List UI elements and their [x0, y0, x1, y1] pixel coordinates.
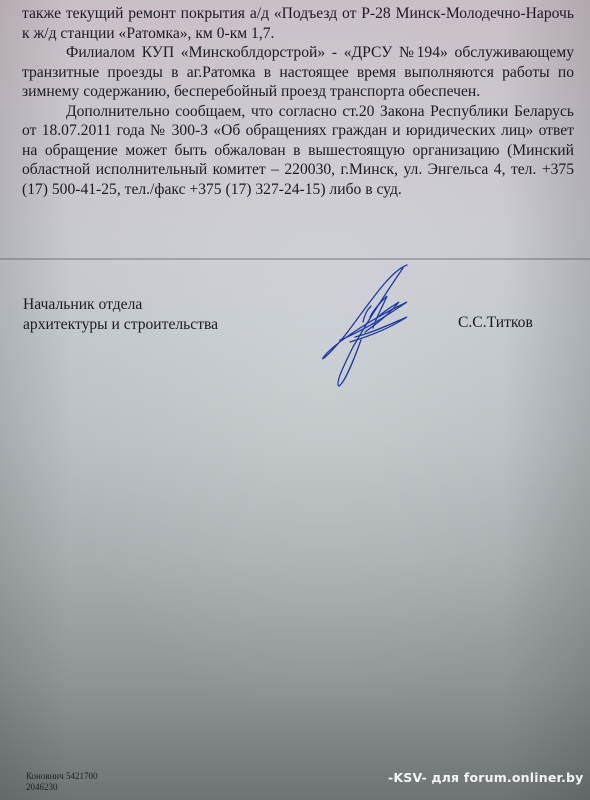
- executor-name: Коновнич 5421700: [26, 771, 98, 782]
- signatory-name: С.С.Титков: [458, 314, 533, 332]
- handwritten-signature-icon: [315, 262, 445, 397]
- paragraph-repair: также текущий ремонт покрытия а/д «Подъе…: [22, 4, 574, 43]
- executor-phone: 2046230: [26, 782, 98, 793]
- signatory-title-line2: архитектуры и строительства: [23, 315, 218, 335]
- executor-footer: Коновнич 5421700 2046230: [26, 771, 98, 793]
- signatory-title-line1: Начальник отдела: [23, 295, 218, 315]
- letter-body: также текущий ремонт покрытия а/д «Подъе…: [22, 4, 574, 199]
- paragraph-winter-maintenance: Филиалом КУП «Минскоблдорстрой» - «ДРСУ …: [22, 43, 574, 102]
- paragraph-appeal-info: Дополнительно сообщаем, что согласно ст.…: [22, 102, 574, 200]
- watermark-text: -KSV- для forum.onliner.by: [388, 770, 584, 785]
- signatory-title: Начальник отдела архитектуры и строитель…: [23, 295, 218, 334]
- paper-fold-line: [0, 258, 590, 260]
